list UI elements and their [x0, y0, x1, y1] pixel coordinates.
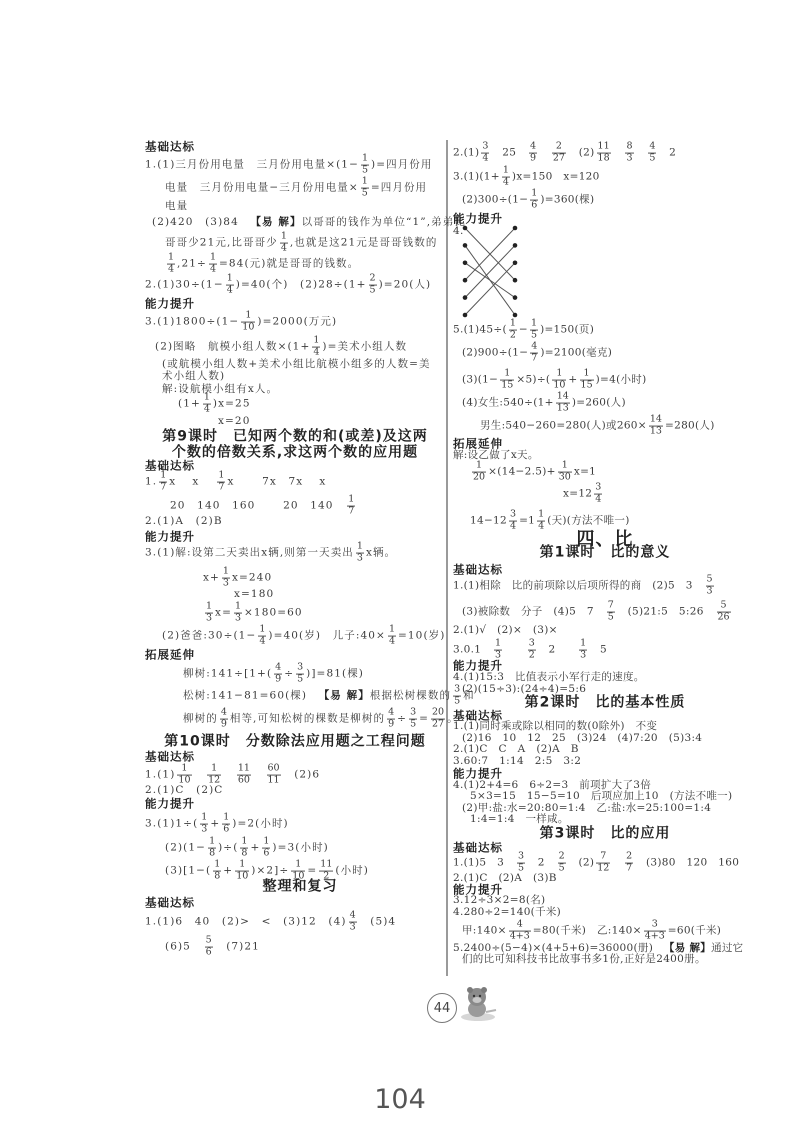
matching-dot — [463, 243, 468, 248]
fraction-numerator: 5 — [205, 936, 213, 947]
fraction-denominator: 7 — [530, 353, 538, 365]
answer-line: 5.(1)45÷(12−15)=150(页) — [453, 319, 594, 342]
text-run: )÷( — [218, 842, 238, 854]
text-run: )x=25 — [213, 398, 251, 410]
text-run: + — [210, 818, 220, 830]
text-run: 第2课时 比的基本性质 — [525, 695, 686, 710]
text-run: )=260(人) — [572, 397, 626, 409]
text-run: )=40(个) (2)28÷(1+ — [236, 279, 367, 291]
fraction-numerator: 1 — [200, 813, 208, 824]
text-run: x= — [215, 607, 232, 619]
text-run: (3)(1− — [462, 374, 498, 386]
fraction-numerator: 1 — [244, 311, 252, 322]
text-run: ×5)÷( — [516, 374, 550, 386]
fraction: 25 — [369, 274, 377, 297]
fraction: 130 — [558, 461, 572, 484]
text-run: 1. — [145, 476, 157, 488]
fraction-numerator: 1 — [240, 837, 248, 848]
matching-dot — [513, 243, 518, 248]
fraction: 56 — [205, 936, 213, 959]
answer-line: 4.280÷2=140(千米) — [453, 907, 561, 919]
text-run: ,21÷ — [177, 258, 207, 270]
answer-line: 3.12÷3×2=8(名) — [453, 895, 545, 907]
fraction-numerator: 1 — [356, 542, 364, 553]
fraction-numerator: 1 — [561, 461, 569, 472]
fraction-numerator: 4 — [220, 708, 228, 719]
fraction-numerator: 1 — [217, 471, 225, 482]
fraction: 14 — [388, 625, 396, 648]
fraction-numerator: 1 — [475, 461, 483, 472]
text-run: 电量 — [165, 201, 188, 213]
fraction-numerator: 60 — [267, 764, 281, 775]
fraction-numerator: 1 — [226, 274, 234, 285]
fraction: 14 — [209, 253, 217, 276]
text-run: =280(人) — [665, 420, 715, 432]
answer-line: (2)图略 航模小组人数×(1+14)=美术小组人数 — [155, 336, 407, 359]
fraction: 1160 — [237, 764, 251, 787]
answer-line: (1+14)x=25 — [178, 393, 251, 416]
fraction-numerator: 1 — [213, 860, 221, 871]
fraction: 17 — [159, 471, 167, 494]
fraction-numerator: 11 — [597, 142, 611, 153]
answer-line: 2.(1)34 25 49 227 (2)1118 83 45 2 — [453, 142, 676, 165]
matching-dot — [463, 295, 468, 300]
fraction: 32 — [528, 639, 536, 662]
text-run: )=150(页) — [540, 324, 594, 336]
fraction-denominator: 4+3 — [644, 931, 666, 943]
answer-line: (3)被除数 分子 (4)5 7 75 (5)21:5 5:26 526 — [462, 601, 733, 624]
fraction-denominator: 27 — [552, 153, 566, 165]
fraction-numerator: 14 — [556, 392, 570, 403]
text-run: 柳树:141÷[1+( — [183, 668, 272, 680]
text-run: 能力提升 — [145, 798, 195, 811]
text-run: )=2000(万元) — [257, 316, 337, 328]
answer-line: 4.(1)15:3 比值表示小军行走的速度。 — [453, 672, 645, 684]
answer-line: 4. — [453, 226, 464, 238]
text-run: ,也就是这21元是哥哥钱数的 — [290, 237, 438, 249]
text-run: (2)爸爸:30÷(1− — [162, 630, 256, 642]
text-run — [223, 769, 235, 781]
text-run: =10(岁) — [398, 630, 445, 642]
matching-dot — [463, 261, 468, 266]
answer-line: 1.(1)相除 比的前项除以后项所得的商 (2)5 3 53 — [453, 575, 716, 598]
answer-line: 2.(1)C C A (2)A B — [453, 744, 579, 756]
text-run: )=3(小时) — [272, 842, 328, 854]
fraction-numerator: 4 — [516, 920, 524, 931]
matching-dot — [513, 226, 518, 231]
fraction: 1413 — [649, 415, 663, 438]
text-run: 们的比可知科技书比故事书多1份,正好是2400册。 — [462, 954, 706, 966]
fraction: 112 — [207, 764, 221, 787]
fraction-denominator: 3 — [234, 613, 242, 625]
answer-line: 1.(1)5 3 35 2 25 (2)712 27 (3)80 120 160 — [453, 852, 739, 875]
fraction-denominator: 9 — [387, 719, 395, 731]
fraction-numerator: 1 — [502, 166, 510, 177]
fraction: 1118 — [597, 142, 611, 165]
fraction-numerator: 1 — [583, 369, 591, 380]
fraction-numerator: 14 — [649, 415, 663, 426]
fraction-denominator: 3 — [200, 824, 208, 836]
text-run: = — [419, 713, 429, 725]
lesson-title: 第9课时 已知两个数的和(或差)及这两 — [95, 429, 495, 444]
fraction-numerator: 1 — [361, 154, 369, 165]
text-run: 基础达标 — [145, 751, 195, 764]
text-run: 25 — [491, 147, 527, 159]
text-run: )=2(小时) — [232, 818, 288, 830]
fraction: 34 — [481, 142, 489, 165]
text-run: 5 — [589, 644, 607, 656]
text-run: )=20(人) — [379, 279, 432, 291]
text-run: (5)21:5 5:26 — [617, 606, 715, 618]
fraction-denominator: 5 — [648, 153, 656, 165]
solution-note-label: 【易 解】 — [319, 690, 370, 702]
fraction: 47 — [530, 342, 538, 365]
text-run: )=4(小时) — [596, 374, 647, 386]
matching-dot — [513, 278, 518, 283]
section-heading: 能力提升 — [145, 298, 195, 311]
fraction: 34+3 — [644, 920, 666, 943]
fraction: 120 — [472, 461, 486, 484]
fraction-denominator: 6 — [530, 200, 538, 212]
text-run: 3.0.1 — [453, 644, 492, 656]
fraction-denominator: 13 — [649, 426, 663, 438]
answer-line: x=180 — [234, 589, 274, 601]
text-run: (2)6 — [283, 769, 321, 781]
text-run: (7)21 — [215, 941, 260, 953]
fraction-denominator: 60 — [237, 775, 251, 787]
fraction-denominator: 3 — [349, 922, 357, 934]
answer-line: (3)(1−115×5)÷(110+115)=4(小时) — [462, 369, 647, 392]
text-run: + — [250, 842, 260, 854]
fraction: 15 — [361, 177, 369, 200]
fraction: 13 — [200, 813, 208, 836]
text-run: (2) — [568, 147, 595, 159]
answer-line: (2)(1−18)÷(18+16)=3(小时) — [165, 837, 329, 860]
section-heading: 能力提升 — [145, 798, 195, 811]
fraction-numerator: 2 — [625, 852, 633, 863]
fraction-numerator: 3 — [594, 483, 602, 494]
fraction: 110 — [552, 369, 566, 392]
fraction-numerator: 1 — [159, 471, 167, 482]
section-heading: 基础达标 — [145, 141, 195, 154]
text-run: 能力提升 — [453, 213, 503, 226]
fraction-numerator: 1 — [494, 639, 502, 650]
text-run: x=12 — [563, 488, 592, 500]
solution-note-label: 【易 解】 — [250, 217, 301, 229]
fraction-numerator: 1 — [262, 837, 270, 848]
text-run: =84(元)就是哥哥的钱数。 — [219, 258, 359, 270]
text-run: 1:4=1:4 一样咸。 — [470, 814, 569, 826]
text-run: 3.(1)(1+ — [453, 171, 500, 183]
fraction-numerator: 1 — [537, 510, 545, 521]
fraction-denominator: 26 — [717, 612, 731, 624]
fraction: 34 — [509, 510, 517, 533]
fraction-numerator: 1 — [180, 764, 188, 775]
fraction-numerator: 1 — [530, 189, 538, 200]
fraction: 16 — [262, 837, 270, 860]
fraction-numerator: 3 — [517, 852, 525, 863]
fraction-numerator: 1 — [294, 860, 302, 871]
fraction: 83 — [625, 142, 633, 165]
fraction-numerator: 3 — [296, 663, 304, 674]
fraction: 35 — [517, 852, 525, 875]
answer-line: 13x=13×180=60 — [203, 602, 303, 625]
fraction: 15 — [530, 319, 538, 342]
fraction: 53 — [706, 575, 714, 598]
text-run: 2.(1)C C A (2)A B — [453, 744, 579, 756]
text-run: (1+ — [178, 398, 201, 410]
fraction-numerator: 4 — [529, 142, 537, 153]
fraction-denominator: 3 — [356, 553, 364, 565]
answer-line: 1.(1)110 112 1160 6011 (2)6 — [145, 764, 320, 787]
text-run: 电量 三月份用电量−三月份用电量× — [165, 182, 359, 194]
fraction: 14 — [502, 166, 510, 189]
text-run: 哥哥少21元,比哥哥少 — [165, 237, 278, 249]
text-run: (2)900÷(1− — [462, 347, 528, 359]
lesson-title: 整理和复习 — [100, 879, 500, 894]
text-run: x 7x 7x x — [227, 476, 326, 488]
answer-line: 20 140 160 20 140 17 — [170, 495, 357, 518]
answer-line: 1:4=1:4 一样咸。 — [470, 814, 569, 826]
fraction-numerator: 1 — [258, 625, 266, 636]
answer-line: 术小组人数) — [162, 371, 225, 383]
fraction-numerator: 1 — [579, 639, 587, 650]
text-run: 2.(1)A (2)B — [145, 516, 223, 528]
fraction-denominator: 13 — [556, 403, 570, 415]
fraction-numerator: 1 — [234, 602, 242, 613]
text-run: 松树:141−81=60(棵) — [183, 690, 319, 702]
bear-mascot-icon — [458, 985, 498, 1023]
fraction-denominator: 6 — [205, 947, 213, 959]
text-run: ÷ — [284, 668, 294, 680]
section-heading: 基础达标 — [145, 751, 195, 764]
fraction-denominator: 15 — [580, 380, 594, 392]
text-run: 3.(1)1÷( — [145, 818, 198, 830]
fraction-denominator: 5 — [361, 188, 369, 200]
fraction-denominator: 2 — [528, 650, 536, 662]
answer-line: (或航模小组人数+美术小组比航模小组多的人数=美 — [162, 359, 431, 371]
text-run — [636, 147, 647, 159]
answer-line: (2)300÷(1−16)=360(棵) — [462, 189, 594, 212]
fraction: 45 — [648, 142, 656, 165]
answer-line: 们的比可知科技书比故事书多1份,正好是2400册。 — [462, 954, 706, 966]
answer-line: 3.(1)1÷(13+16)=2(小时) — [145, 813, 289, 836]
text-run: (2)图略 航模小组人数×(1+ — [155, 341, 310, 353]
text-run: 能力提升 — [145, 298, 195, 311]
fraction-denominator: 4+3 — [509, 931, 531, 943]
fraction-numerator: 3 — [453, 685, 461, 696]
answer-line: 5×3=15 15−5=10 后项应加上10 (方法不唯一) — [470, 791, 732, 803]
answer-line: 1.(1)三月份用电量 三月份用电量×(1−15)=四月份用 — [145, 154, 433, 177]
text-run: (小时) — [335, 865, 369, 877]
fraction-denominator: 3 — [205, 613, 213, 625]
answer-line: (2)900÷(1−47)=2100(毫克) — [462, 342, 612, 365]
text-run: =60(千米) — [668, 925, 721, 937]
fraction-numerator: 7 — [607, 601, 615, 612]
text-run — [194, 769, 206, 781]
text-run: )x=150 x=120 — [512, 171, 600, 183]
text-run: 2 — [538, 644, 577, 656]
text-run: )]=81(棵) — [306, 668, 364, 680]
text-run: (4)女生:540÷(1+ — [462, 397, 554, 409]
fraction: 18 — [208, 837, 216, 860]
text-run — [613, 147, 624, 159]
answer-line: 2.(1)C (2)C — [145, 785, 223, 797]
text-run: )=360(棵) — [540, 194, 594, 206]
fraction-denominator: 27 — [431, 719, 445, 731]
fraction-denominator: 20 — [472, 472, 486, 484]
answer-line: x=20 — [218, 416, 250, 428]
fraction-denominator: 9 — [529, 153, 537, 165]
text-run: (3)[1−( — [165, 865, 211, 877]
section-heading: 基础达标 — [145, 897, 195, 910]
fraction-numerator: 1 — [347, 495, 355, 506]
text-run: 1.(1)6 40 (2)> < (3)12 (4) — [145, 916, 347, 928]
fraction: 34 — [594, 483, 602, 506]
fraction-numerator: 1 — [222, 567, 230, 578]
matching-dot — [513, 261, 518, 266]
text-run: =1 — [519, 515, 535, 527]
answer-line: 甲:140×44+3=80(千米) 乙:140×34+3=60(千米) — [462, 920, 721, 943]
text-run — [612, 857, 623, 869]
fraction-denominator: 7 — [347, 506, 355, 518]
text-run: )=40(岁) 儿子:40× — [268, 630, 386, 642]
fraction: 35 — [296, 663, 304, 686]
text-run — [539, 147, 550, 159]
answer-line: 1.(1)6 40 (2)> < (3)12 (4)43 (5)4 — [145, 911, 396, 934]
fraction-numerator: 4 — [349, 911, 357, 922]
answer-line: 男生:540−260=280(人)或260×1413=280(人) — [480, 415, 715, 438]
text-run: x=180 — [234, 589, 274, 601]
text-run: 1.(1)5 3 — [453, 857, 515, 869]
fraction: 115 — [500, 369, 514, 392]
text-run: x辆。 — [366, 547, 396, 559]
fraction-denominator: 4 — [258, 636, 266, 648]
fraction: 49 — [274, 663, 282, 686]
text-run: (2)300÷(1− — [462, 194, 528, 206]
text-run: (2) — [568, 857, 595, 869]
fraction: 13 — [205, 602, 213, 625]
fraction-denominator: 4 — [502, 177, 510, 189]
text-run: =四月份用 — [371, 182, 427, 194]
text-run: 第3课时 比的应用 — [540, 826, 671, 841]
fraction: 35 — [409, 708, 417, 731]
answer-line: 电量 — [165, 201, 188, 213]
fraction-numerator: 5 — [720, 601, 728, 612]
fraction-numerator: 1 — [238, 860, 246, 871]
text-run: 3.12÷3×2=8(名) — [453, 895, 545, 907]
fraction-numerator: 1 — [509, 319, 517, 330]
answer-line: x=1234 — [563, 483, 604, 506]
text-run: 4. — [453, 226, 464, 238]
text-run: 20 140 160 20 140 — [170, 500, 345, 512]
text-run: (3)80 120 160 — [635, 857, 739, 869]
fraction: 17 — [217, 471, 225, 494]
text-run: 基础达标 — [145, 141, 195, 154]
fraction: 12 — [509, 319, 517, 342]
fraction: 16 — [530, 189, 538, 212]
fraction-denominator: 6 — [222, 824, 230, 836]
fraction: 75 — [607, 601, 615, 624]
fraction-denominator: 5 — [558, 863, 566, 875]
text-run: (2)420 (3)84 — [152, 217, 250, 229]
answer-line: 3.(1)1800÷(1−110)=2000(万元) — [145, 311, 337, 334]
text-run — [504, 644, 526, 656]
fraction-numerator: 3 — [528, 639, 536, 650]
text-run: 通过它 — [711, 943, 743, 955]
fraction: 27 — [625, 852, 633, 875]
text-run: 1.(1)相除 比的前项除以后项所得的商 (2)5 3 — [453, 580, 704, 592]
text-run: x=240 — [232, 572, 272, 584]
fraction: 13 — [234, 602, 242, 625]
text-run: x=20 — [218, 416, 250, 428]
fraction-numerator: 1 — [503, 369, 511, 380]
fraction-numerator: 3 — [509, 510, 517, 521]
text-run: 基础达标 — [145, 897, 195, 910]
fraction-numerator: 1 — [312, 336, 320, 347]
fraction-numerator: 1 — [205, 602, 213, 613]
fraction-denominator: 5 — [607, 612, 615, 624]
page-number-badge-text: 44 — [434, 1001, 451, 1016]
fraction-denominator: 5 — [409, 719, 417, 731]
text-run: )=2100(毫克) — [540, 347, 612, 359]
matching-diagram — [455, 220, 525, 325]
text-run: 5×3=15 15−5=10 后项应加上10 (方法不唯一) — [470, 791, 732, 803]
lesson-title: 第1课时 比的意义 — [405, 545, 800, 560]
text-run: )=四月份用 — [371, 159, 433, 171]
answer-line: 14,21÷14=84(元)就是哥哥的钱数。 — [165, 253, 359, 276]
fraction-denominator: 3 — [706, 586, 714, 598]
lesson-title: 第10课时 分数除法应用题之工程问题 — [95, 734, 495, 749]
fraction: 14 — [226, 274, 234, 297]
text-run: 整理和复习 — [263, 879, 338, 894]
text-run: 3.(1)1800÷(1− — [145, 316, 239, 328]
text-run: (5)4 — [359, 916, 397, 928]
matching-dot — [463, 278, 468, 283]
fraction-denominator: 7 — [217, 482, 225, 494]
section-heading: 能力提升 — [453, 213, 503, 226]
matching-line — [465, 263, 515, 315]
fraction-numerator: 1 — [208, 837, 216, 848]
fraction: 526 — [717, 601, 731, 624]
fraction-numerator: 1 — [530, 319, 538, 330]
fraction-numerator: 7 — [599, 852, 607, 863]
fraction-denominator: 5 — [369, 285, 377, 297]
fraction-denominator: 6 — [262, 848, 270, 860]
text-run: ÷ — [397, 713, 407, 725]
fraction-denominator: 7 — [159, 482, 167, 494]
answer-line: x+13x=240 — [203, 567, 272, 590]
fraction-numerator: 2 — [555, 142, 563, 153]
text-run: − — [519, 324, 528, 336]
fraction-numerator: 2 — [558, 852, 566, 863]
answer-line: (6)5 56 (7)21 — [165, 936, 260, 959]
text-run: = — [307, 865, 317, 877]
fraction: 227 — [552, 142, 566, 165]
text-run: ×180=60 — [244, 607, 303, 619]
text-run: 第10课时 分数除法应用题之工程问题 — [164, 734, 425, 749]
answer-line: 2.(1)A (2)B — [145, 516, 223, 528]
text-run: )=美术小组人数 — [322, 341, 407, 353]
fraction: 115 — [580, 369, 594, 392]
fraction: 712 — [596, 852, 610, 875]
fraction-denominator: 12 — [596, 863, 610, 875]
fraction-numerator: 2 — [369, 274, 377, 285]
fraction: 13 — [222, 567, 230, 590]
fraction-numerator: 1 — [388, 625, 396, 636]
answer-line: 2.(1)30÷(1−14)=40(个) (2)28÷(1+25)=20(人) — [145, 274, 431, 297]
fraction-numerator: 5 — [706, 575, 714, 586]
